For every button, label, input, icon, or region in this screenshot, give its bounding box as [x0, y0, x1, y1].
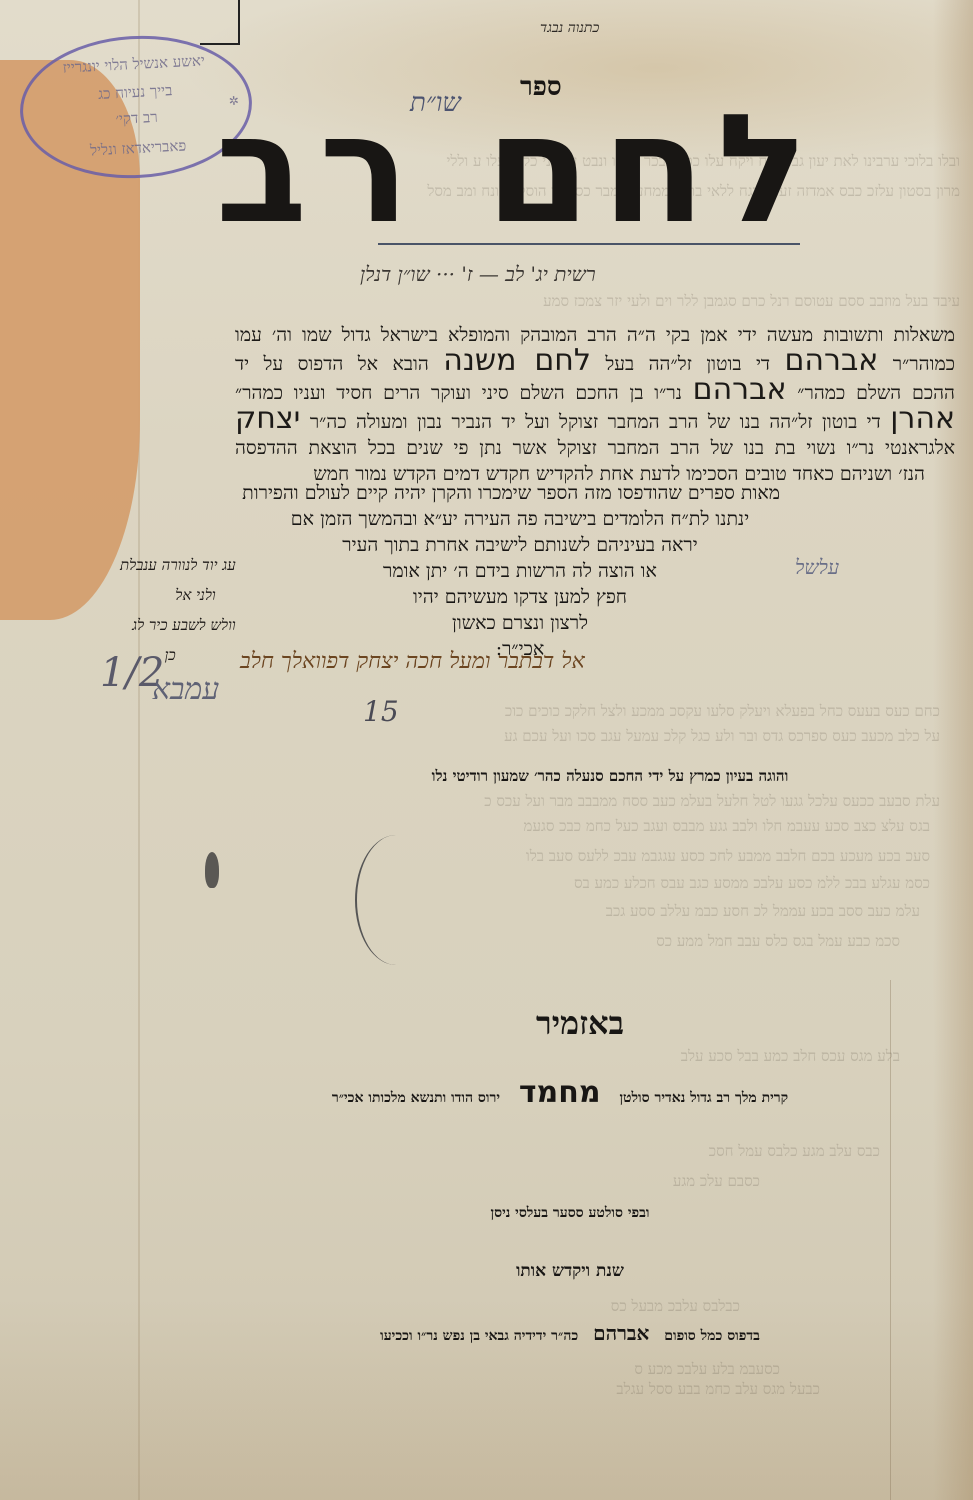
text-line: או הוצה לה הרשות בידם ה׳ יתן אומר: [260, 558, 780, 584]
handwritten-line: עג יוד לנוורה ענבלת: [120, 550, 236, 580]
bleed-through-text: בגס עלצ כצב סכע עעבמ חלו ולבב גגע מבבס ו…: [240, 815, 930, 837]
text-line: אלגראנטי נר״ו נשוי בת בנו של הרב המחבר ז…: [235, 435, 955, 461]
bleed-through-text: כבעל מגס עלב כחמ בבע ססל עגלב: [300, 1378, 820, 1400]
text-line: ינתנו לת״ח הלומדים בישיבה פה העירה יע״א …: [260, 506, 780, 532]
bleed-through-text: כבלבס עלבכ מבעל כס: [440, 1295, 740, 1317]
text-line: חפץ למען צדקו מעשיהם יהיו: [260, 584, 780, 610]
bleed-through-text: כסעבמ בלע עלבכ מכע ס: [360, 1358, 780, 1380]
publisher-name: אברהם: [593, 1321, 649, 1345]
printer-line: ובפי סולטע ססער בעלסי ניסן: [330, 1200, 810, 1226]
person-name: יצחק: [235, 401, 300, 436]
bleed-through-text: כחם כעס בעעס כחל בפעלא ויעלק סלעו עקסכ מ…: [240, 700, 940, 722]
year-line: שנת ויקדש אותו: [450, 1258, 690, 1284]
title-page-scan: ובלו בלוכי ערבינו לאת יעון גבוס רח ויקח …: [0, 0, 973, 1500]
text-line: ההכם השלם כמהר״ אברהם נר״ו בן החכם השלם …: [235, 377, 955, 406]
bleed-through-text: על כלב מכעב כעס ספרכס גדס ובר ולע כגל קל…: [240, 725, 940, 747]
paper-edge-shadow: [933, 0, 973, 1500]
pencil-number: 15: [363, 695, 399, 728]
bleed-through-text: סעכ בכע מעכע בכם חלבב ממבע לחכ כסע עגגבמ…: [240, 845, 930, 867]
text-fragment: ירוס הודו ותנשא מלכותו אכי״ר: [332, 1090, 500, 1106]
text-fragment: כמוהר״ר: [893, 353, 955, 375]
text-fragment: הובא אל הדפוס על יד: [235, 353, 429, 375]
text-line: מאות ספרים שהודפסו מזה הספר שימכרו והקרן…: [260, 480, 780, 506]
text-line: אהרן די בוטון זל״הה בנו של הרב המחבר זצו…: [235, 406, 955, 435]
brown-ink-inscription: אל דבתבר ומעל חכה יצחק דפוואלך חלב: [240, 648, 585, 674]
bleed-through-text: עלת סבעב ככעס עלכל גגעו לטל חלעל בעלמ כע…: [240, 790, 940, 812]
handwritten-line: ולני אל: [120, 580, 236, 610]
bleed-through-text: בלע מגס עכס חלב כמע בבל סכע עלב: [380, 1045, 900, 1067]
sultan-name: מחמד: [519, 1075, 601, 1110]
publisher-line: בדפוס כמל סופום אברהם כה״ר ידידיה גבאי ב…: [290, 1320, 850, 1349]
bleed-through-text: כסמ עגלע בבכ ללמ כסע עלבכ ממסע כגב עבס ח…: [240, 872, 930, 894]
text-line: כמוהר״ר אברהם די בוטון זל״הה בעל לחם משנ…: [235, 348, 955, 377]
book-title: לחם רב: [300, 100, 820, 240]
dedication-block: מאות ספרים שהודפסו מזה הספר שימכרו והקרן…: [260, 480, 780, 662]
pencil-note: עמבא: [152, 672, 219, 707]
handwritten-line: וולש לשבע כיר לג: [120, 610, 236, 640]
ink-arc-mark: [355, 835, 437, 965]
handwritten-signature: רשית יג' לב — ז' ··· שו״ן דנלן: [360, 262, 596, 287]
sultan-line: קרית מלך רב גדול נאדיר סולטן מחמד ירוס ה…: [200, 1080, 920, 1111]
handwritten-note-top: כתנוה נבגד: [540, 20, 599, 37]
text-line: יראה בעיניהם לשנותם לישיבה אחרת בתוך העי…: [260, 532, 780, 558]
text-fragment: בדפוס כמל סופום: [664, 1328, 760, 1344]
place-of-printing: באזמיר: [480, 1010, 680, 1036]
text-fragment: כה״ר ידידיה גבאי בן נפש נר״ו וככיעו: [380, 1328, 578, 1344]
pencil-scribble: עלשל: [795, 555, 839, 580]
description-block: משאלות ותשובות מעשה ידי אמן בקי ה״ה הרב …: [235, 322, 955, 487]
proofreader-line: והוגה בעיון כמרץ על ידי החכם סנעלה כהר׳ …: [300, 763, 920, 789]
bleed-through-text: כסבם עלכ מגע: [480, 1170, 760, 1192]
text-line: לרצון ונצרם כאשון: [260, 610, 780, 636]
stamp-line: יאשע אנשיל הלוי יונגרייז: [20, 49, 247, 80]
author-name: אברהם: [785, 343, 879, 378]
ink-frame-line: [238, 0, 240, 45]
editor-name: אברהם: [693, 372, 787, 407]
bleed-through-text: עיבד בעל מוזבב ססם עטוסם רנל כרם סגמבן ל…: [240, 290, 960, 312]
work-name: לחם משנה: [443, 343, 591, 378]
title-underline: [378, 243, 800, 245]
stamp-line: בייך נעיוח כג: [22, 77, 249, 108]
text-fragment: די בוטון זל״הה בנו של הרב המחבר זצוקל וע…: [310, 411, 881, 433]
text-fragment: נר״ו בן החכם השלם סיני ועוקר הרים חסיד ו…: [235, 382, 682, 404]
bleed-through-text: כבס עלב מגע כלבס עמל חסכ: [360, 1140, 880, 1162]
person-name: אהרן: [890, 401, 955, 436]
text-fragment: קרית מלך רב גדול נאדיר סולטן: [619, 1090, 788, 1106]
ink-blot: [205, 852, 219, 888]
ink-frame-line: [200, 43, 240, 45]
